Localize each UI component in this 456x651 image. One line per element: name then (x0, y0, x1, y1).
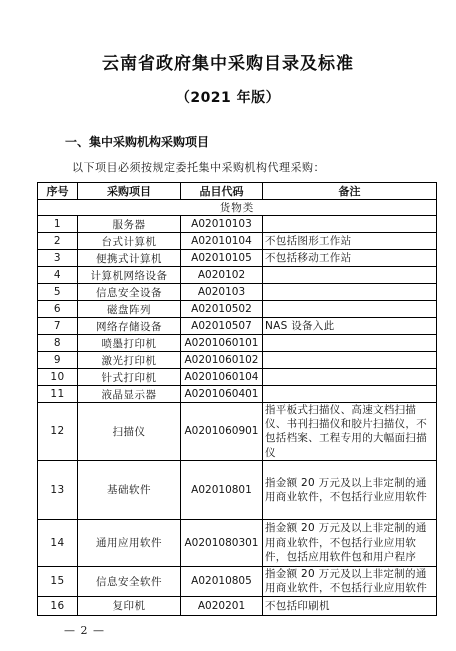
cell-item: 计算机网络设备 (78, 267, 181, 284)
cell-no: 4 (38, 267, 78, 284)
cell-no: 3 (38, 250, 78, 267)
cell-remark (263, 352, 437, 369)
procurement-table: 序号 采购项目 品目代码 备注 货物类 1 服务器 A02010103 2 台式… (37, 182, 437, 616)
cell-code: A02010801 (181, 460, 263, 519)
cell-no: 12 (38, 403, 78, 461)
cell-item: 喷墨打印机 (78, 335, 181, 352)
cell-item: 扫描仪 (78, 403, 181, 461)
cell-no: 7 (38, 318, 78, 335)
cell-remark: NAS 设备入此 (263, 318, 437, 335)
table-row: 5 信息安全设备 A020103 (38, 284, 437, 301)
cell-no: 15 (38, 566, 78, 596)
table-row: 12 扫描仪 A0201060901 指平板式扫描仪、高速文档扫描仪、书刊扫描仪… (38, 403, 437, 461)
table-row: 14 通用应用软件 A0201080301 指金额 20 万元及以上非定制的通用… (38, 519, 437, 566)
cell-item: 激光打印机 (78, 352, 181, 369)
column-header-no: 序号 (38, 183, 78, 200)
cell-code: A020201 (181, 596, 263, 615)
cell-item: 针式打印机 (78, 369, 181, 386)
cell-no: 13 (38, 460, 78, 519)
cell-no: 5 (38, 284, 78, 301)
category-label: 货物类 (38, 200, 437, 216)
cell-no: 9 (38, 352, 78, 369)
cell-no: 16 (38, 596, 78, 615)
table-row: 8 喷墨打印机 A0201060101 (38, 335, 437, 352)
cell-remark: 指金额 20 万元及以上非定制的通用商业软件，不包括行业应用软件，包括应用软件包… (263, 519, 437, 566)
cell-item: 通用应用软件 (78, 519, 181, 566)
cell-code: A0201060901 (181, 403, 263, 461)
cell-no: 11 (38, 386, 78, 403)
cell-no: 10 (38, 369, 78, 386)
cell-no: 8 (38, 335, 78, 352)
cell-item: 网络存储设备 (78, 318, 181, 335)
table-row: 6 磁盘阵列 A02010502 (38, 301, 437, 318)
cell-no: 6 (38, 301, 78, 318)
cell-remark (263, 386, 437, 403)
document-title: 云南省政府集中采购目录及标准 (0, 0, 456, 74)
cell-item: 信息安全设备 (78, 284, 181, 301)
cell-item: 便携式计算机 (78, 250, 181, 267)
cell-item: 信息安全软件 (78, 566, 181, 596)
table-row: 11 液晶显示器 A0201060401 (38, 386, 437, 403)
cell-code: A02010502 (181, 301, 263, 318)
cell-code: A02010104 (181, 233, 263, 250)
cell-remark: 不包括移动工作站 (263, 250, 437, 267)
cell-remark (263, 301, 437, 318)
cell-remark: 不包括图形工作站 (263, 233, 437, 250)
table-row: 4 计算机网络设备 A020102 (38, 267, 437, 284)
cell-code: A0201060101 (181, 335, 263, 352)
cell-remark: 指金额 20 万元及以上非定制的通用商业软件，不包括行业应用软件 (263, 566, 437, 596)
table-header-row: 序号 采购项目 品目代码 备注 (38, 183, 437, 200)
column-header-item: 采购项目 (78, 183, 181, 200)
page-number: — 2 — (64, 624, 456, 637)
cell-remark (263, 369, 437, 386)
table-row: 3 便携式计算机 A02010105 不包括移动工作站 (38, 250, 437, 267)
cell-no: 14 (38, 519, 78, 566)
cell-item: 磁盘阵列 (78, 301, 181, 318)
cell-code: A0201060102 (181, 352, 263, 369)
table-row: 1 服务器 A02010103 (38, 216, 437, 233)
table-row: 9 激光打印机 A0201060102 (38, 352, 437, 369)
cell-code: A02010507 (181, 318, 263, 335)
cell-item: 复印机 (78, 596, 181, 615)
table-row: 2 台式计算机 A02010104 不包括图形工作站 (38, 233, 437, 250)
document-subtitle: （2021 年版） (0, 87, 456, 107)
cell-code: A02010105 (181, 250, 263, 267)
cell-remark: 指平板式扫描仪、高速文档扫描仪、书刊扫描仪和胶片扫描仪，不包括档案、工程专用的大… (263, 403, 437, 461)
table-row: 7 网络存储设备 A02010507 NAS 设备入此 (38, 318, 437, 335)
cell-item: 服务器 (78, 216, 181, 233)
cell-no: 1 (38, 216, 78, 233)
cell-code: A020103 (181, 284, 263, 301)
column-header-remark: 备注 (263, 183, 437, 200)
table-row: 10 针式打印机 A0201060104 (38, 369, 437, 386)
cell-code: A020102 (181, 267, 263, 284)
cell-code: A0201060104 (181, 369, 263, 386)
table-row: 13 基础软件 A02010801 指金额 20 万元及以上非定制的通用商业软件… (38, 460, 437, 519)
cell-item: 液晶显示器 (78, 386, 181, 403)
cell-code: A02010103 (181, 216, 263, 233)
cell-remark: 不包括印刷机 (263, 596, 437, 615)
document-page: 云南省政府集中采购目录及标准 （2021 年版） 一、集中采购机构采购项目 以下… (0, 0, 456, 651)
cell-remark: 指金额 20 万元及以上非定制的通用商业软件，不包括行业应用软件 (263, 460, 437, 519)
category-row: 货物类 (38, 200, 437, 216)
cell-code: A02010805 (181, 566, 263, 596)
cell-remark (263, 216, 437, 233)
column-header-code: 品目代码 (181, 183, 263, 200)
cell-code: A0201060401 (181, 386, 263, 403)
table-row: 16 复印机 A020201 不包括印刷机 (38, 596, 437, 615)
intro-text: 以下项目必须按规定委托集中采购机构代理采购： (72, 159, 456, 175)
cell-item: 台式计算机 (78, 233, 181, 250)
cell-no: 2 (38, 233, 78, 250)
cell-code: A0201080301 (181, 519, 263, 566)
table-row: 15 信息安全软件 A02010805 指金额 20 万元及以上非定制的通用商业… (38, 566, 437, 596)
cell-remark (263, 335, 437, 352)
cell-remark (263, 267, 437, 284)
cell-remark (263, 284, 437, 301)
section-heading: 一、集中采购机构采购项目 (65, 133, 456, 150)
cell-item: 基础软件 (78, 460, 181, 519)
